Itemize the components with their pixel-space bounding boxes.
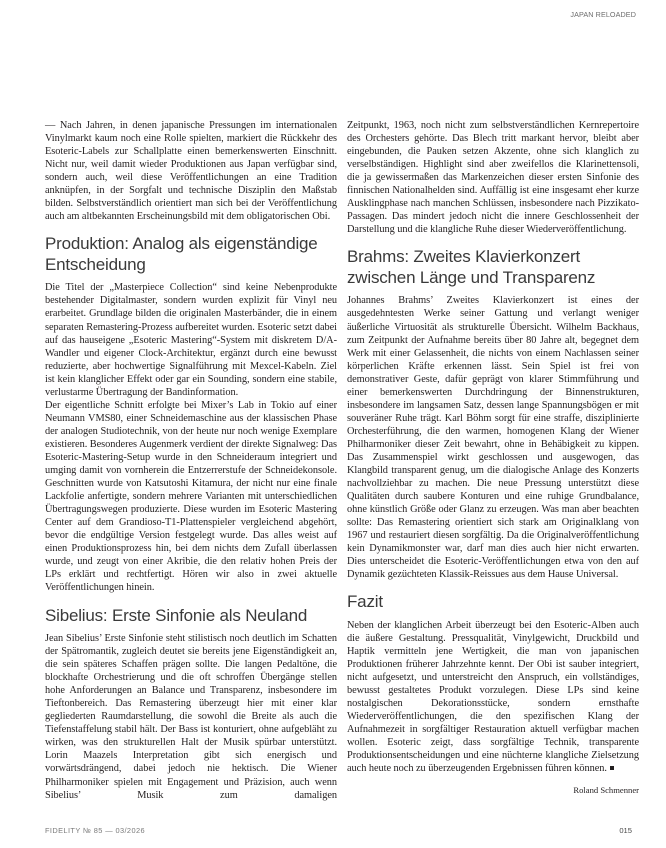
produktion-paragraph-2: Der eigentliche Schnitt erfolgte bei Mix… [45,399,337,595]
section-heading-fazit: Fazit [347,592,639,613]
produktion-paragraph-1: Die Titel der „Masterpiece Collection“ s… [45,281,337,398]
footer-publication: FIDELITY № 85 — 03/2026 [45,826,145,835]
brahms-paragraph: Johannes Brahms’ Zweites Klavierkonzert … [347,294,639,581]
sibelius-paragraph: Jean Sibelius’ Erste Sinfonie steht stil… [45,632,337,802]
fazit-paragraph: Neben der klanglichen Arbeit überzeugt b… [347,619,639,776]
running-head: JAPAN RELOADED [570,10,636,19]
section-heading-sibelius: Sibelius: Erste Sinfonie als Neuland [45,606,337,627]
left-column: — Nach Jahren, in denen japanische Press… [45,119,337,802]
page-number: 015 [619,826,632,835]
intro-paragraph: — Nach Jahren, in denen japanische Press… [45,119,337,223]
section-heading-brahms: Brahms: Zweites Klavierkonzert zwischen … [347,247,639,288]
section-heading-produktion: Produktion: Analog als eigenständige Ent… [45,234,337,275]
end-of-article-mark-icon [610,766,614,770]
fazit-text: Neben der klanglichen Arbeit überzeugt b… [347,620,639,775]
sibelius-paragraph-continued: Zeitpunkt, 1963, noch nicht zum selbstve… [347,119,639,236]
author-byline: Roland Schmenner [347,785,639,796]
right-column: Zeitpunkt, 1963, noch nicht zum selbstve… [347,119,639,796]
